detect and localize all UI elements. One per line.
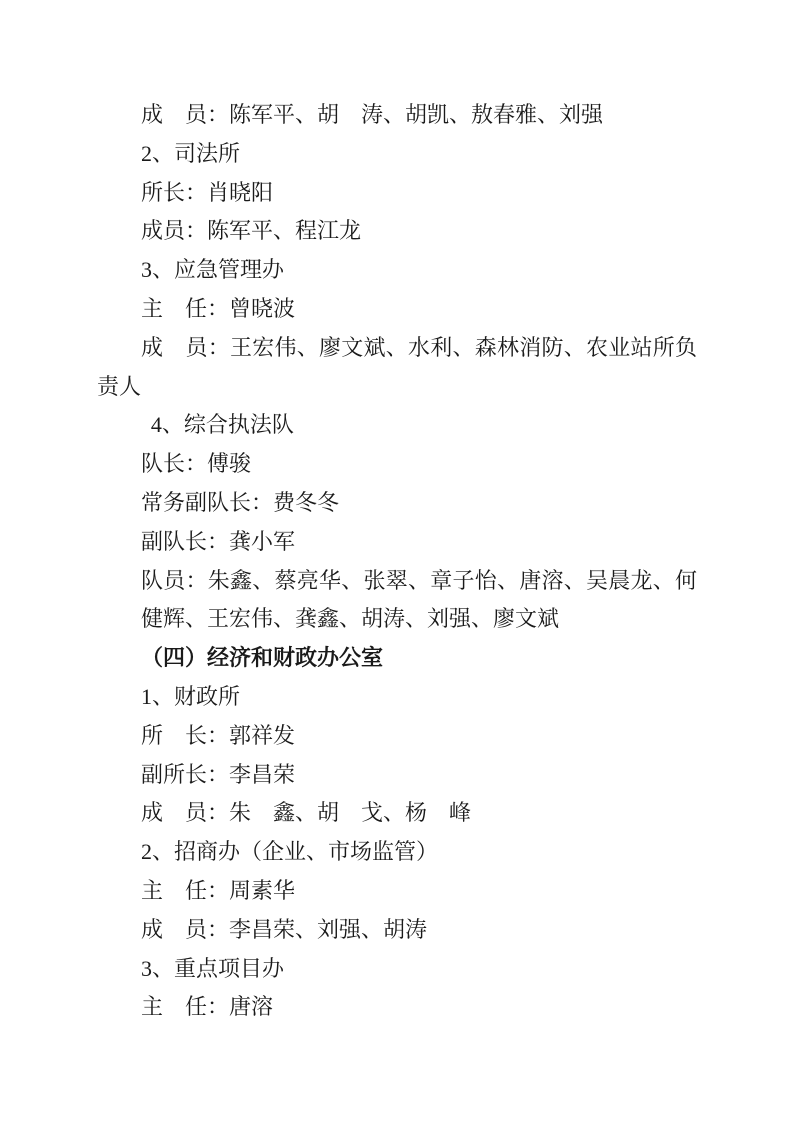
role-line-director: 主 任：唐溶 xyxy=(97,988,697,1027)
role-line-deputy-office-head: 副所长：李昌荣 xyxy=(97,756,697,795)
role-line-executive-deputy-team-leader: 常务副队长：费冬冬 xyxy=(97,484,697,523)
members-line: 成员：陈军平、程江龙 xyxy=(97,212,697,251)
members-line: 成 员：李昌荣、刘强、胡涛 xyxy=(97,911,697,950)
team-members-line: 队员：朱鑫、蔡亮华、张翠、章子怡、唐溶、吴晨龙、何健辉、王宏伟、龚鑫、胡涛、刘强… xyxy=(141,562,697,640)
subsection-title-key-projects-office: 3、重点项目办 xyxy=(97,950,697,989)
role-line-director: 主 任：周素华 xyxy=(97,872,697,911)
role-line-director: 主 任：曾晓波 xyxy=(97,290,697,329)
role-line-deputy-team-leader: 副队长：龚小军 xyxy=(97,523,697,562)
role-line-office-head: 所 长：郭祥发 xyxy=(97,717,697,756)
role-line-office-head: 所长：肖晓阳 xyxy=(97,174,697,213)
section-heading-economy-finance-office: （四）经济和财政办公室 xyxy=(97,639,697,678)
subsection-title-emergency-management-office: 3、应急管理办 xyxy=(97,251,697,290)
subsection-title-judicial-office: 2、司法所 xyxy=(97,135,697,174)
document-body: 成 员：陈军平、胡 涛、胡凯、敖春雅、刘强 2、司法所 所长：肖晓阳 成员：陈军… xyxy=(97,96,697,1027)
members-line: 成 员：朱 鑫、胡 戈、杨 峰 xyxy=(97,794,697,833)
members-line: 成 员：王宏伟、廖文斌、水利、森林消防、农业站所负责人 xyxy=(97,329,697,407)
role-line-team-leader: 队长：傅骏 xyxy=(97,445,697,484)
members-line: 成 员：陈军平、胡 涛、胡凯、敖春雅、刘强 xyxy=(97,96,697,135)
subsection-title-investment-promotion-office: 2、招商办（企业、市场监管） xyxy=(97,833,697,872)
subsection-title-comprehensive-law-enforcement-team: 4、综合执法队 xyxy=(97,406,697,445)
document-page: 成 员：陈军平、胡 涛、胡凯、敖春雅、刘强 2、司法所 所长：肖晓阳 成员：陈军… xyxy=(0,0,793,1122)
subsection-title-finance-office: 1、财政所 xyxy=(97,678,697,717)
